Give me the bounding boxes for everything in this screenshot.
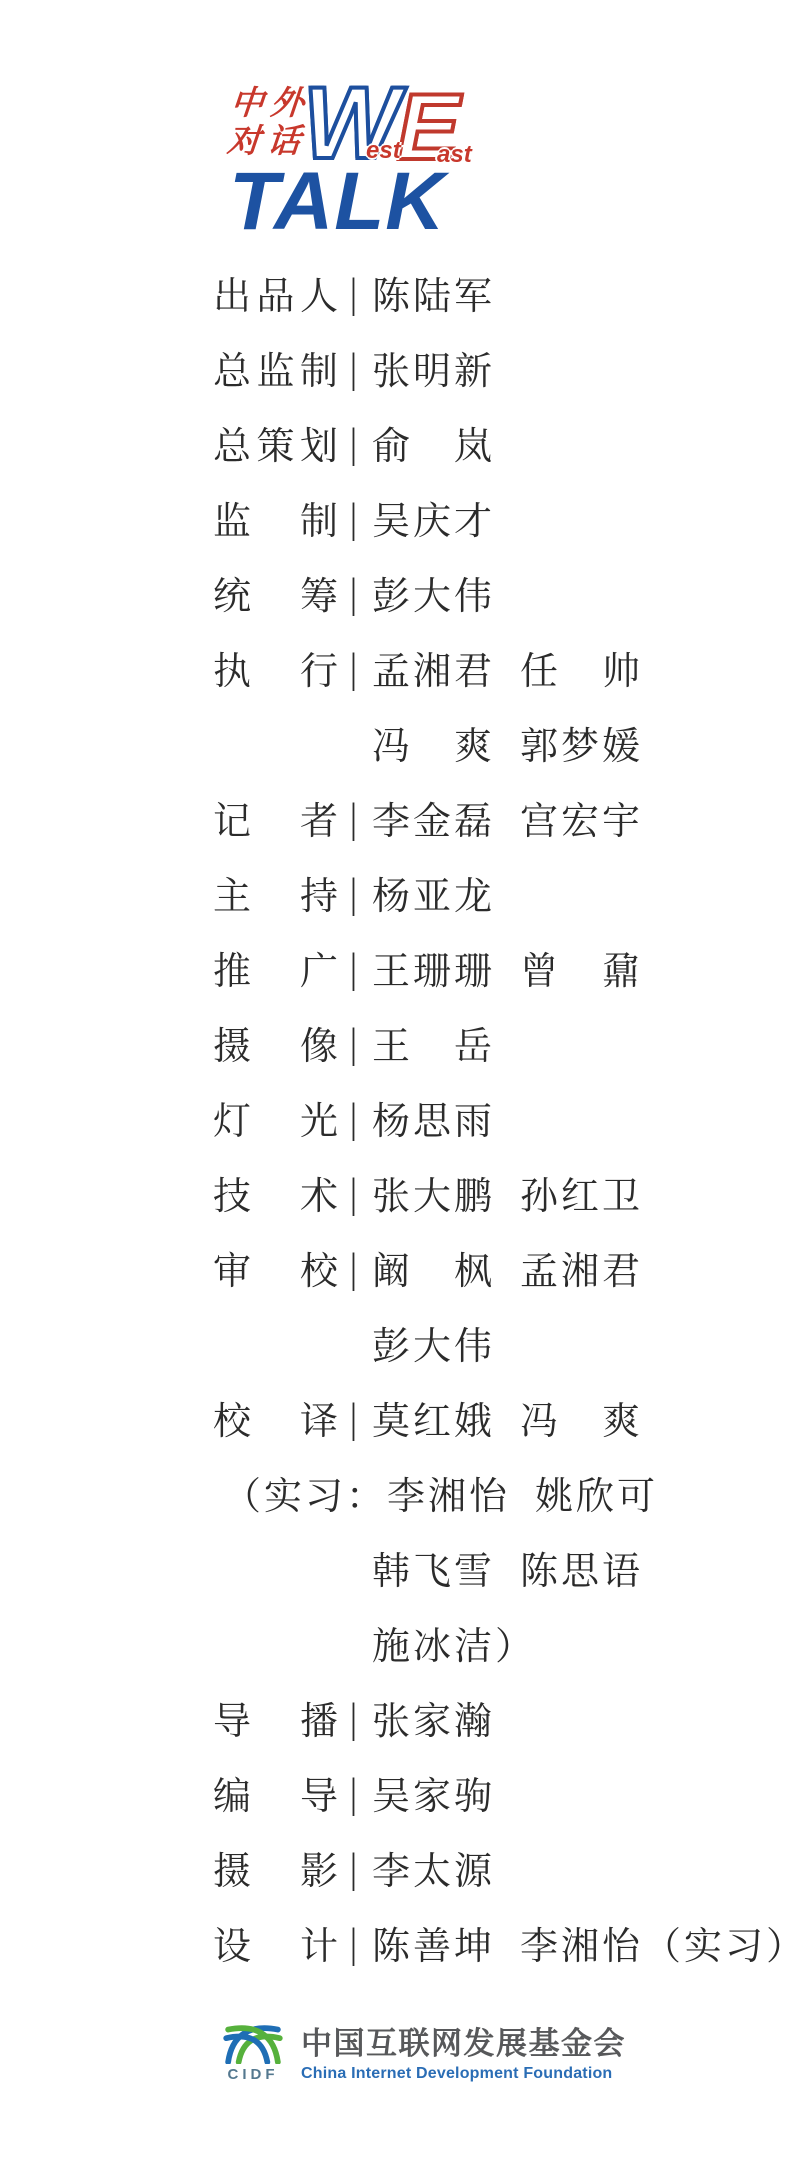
- logo-cn-line1: 中外: [229, 84, 312, 122]
- role-char: 译: [300, 1390, 338, 1445]
- credit-names: 王 岳: [372, 1015, 495, 1070]
- role-char: 影: [300, 1840, 338, 1895]
- role-char: 术: [300, 1165, 338, 1220]
- credit-row: 监制 | 吴庆才: [213, 480, 800, 555]
- role-char: 编: [213, 1765, 251, 1820]
- credit-row: 灯光 | 杨思雨: [213, 1080, 800, 1155]
- credit-row: 韩飞雪 陈思语: [213, 1530, 800, 1605]
- credit-role-label: 编导: [213, 1765, 338, 1820]
- credit-divider: |: [338, 868, 372, 918]
- credit-divider: |: [338, 1768, 372, 1818]
- credit-divider: |: [338, 1168, 372, 1218]
- credit-names: 杨思雨: [372, 1090, 495, 1145]
- credit-row: 出品人 | 陈陆军: [213, 255, 800, 330]
- credit-divider: |: [338, 793, 372, 843]
- credit-row: 设计 | 陈善坤 李湘怡（实习）: [213, 1905, 800, 1980]
- role-char: 总: [213, 415, 251, 470]
- show-logo: 中外 对话 W E est ast TALK: [0, 0, 800, 270]
- role-char: 持: [300, 865, 338, 920]
- credit-role-label: 记者: [213, 790, 338, 845]
- credit-names: 彭大伟: [372, 565, 495, 620]
- role-char: 记: [213, 790, 251, 845]
- credit-row: 总策划 | 俞 岚: [213, 405, 800, 480]
- credit-names: 李太源: [372, 1840, 495, 1895]
- credit-divider: |: [338, 493, 372, 543]
- credit-role-label: 统筹: [213, 565, 338, 620]
- logo-chinese-title: 中外 对话: [226, 84, 313, 160]
- role-char: 统: [213, 565, 251, 620]
- role-char: 出: [213, 265, 251, 320]
- logo-west-suffix: est: [366, 137, 401, 165]
- credit-divider: |: [338, 643, 372, 693]
- role-char: 摄: [213, 1015, 251, 1070]
- credit-divider: |: [338, 1843, 372, 1893]
- credit-row: 编导 | 吴家驹: [213, 1755, 800, 1830]
- credit-role-label: 审校: [213, 1240, 338, 1295]
- credit-names: 张大鹏 孙红卫: [372, 1165, 643, 1220]
- credit-names: 阚 枫 孟湘君: [372, 1240, 643, 1295]
- credit-divider: |: [338, 1243, 372, 1293]
- credit-names: 张家瀚: [372, 1690, 495, 1745]
- credit-role-label: 灯光: [213, 1090, 338, 1145]
- credit-role-label: 校译: [213, 1390, 338, 1445]
- credit-row: 记者 | 李金磊 宫宏宇: [213, 780, 800, 855]
- role-char: 策: [256, 415, 294, 470]
- credit-row: （实习：李湘怡 姚欣可: [213, 1455, 800, 1530]
- foundation-name-en: China Internet Development Foundation: [301, 2065, 626, 2083]
- foundation-names: 中国互联网发展基金会 China Internet Development Fo…: [301, 2020, 626, 2083]
- credit-role-label: 总策划: [213, 415, 338, 470]
- credit-row: 导播 | 张家瀚: [213, 1680, 800, 1755]
- credit-row: 总监制 | 张明新: [213, 330, 800, 405]
- credit-divider: |: [338, 418, 372, 468]
- role-char: 技: [213, 1165, 251, 1220]
- credit-divider: |: [338, 943, 372, 993]
- role-char: 校: [213, 1390, 251, 1445]
- credit-divider: |: [338, 568, 372, 618]
- credit-row: 摄影 | 李太源: [213, 1830, 800, 1905]
- role-char: 品: [256, 265, 294, 320]
- role-char: 播: [300, 1690, 338, 1745]
- credit-divider: |: [338, 1018, 372, 1068]
- foundation-name-cn: 中国互联网发展基金会: [301, 2027, 626, 2061]
- credits-list: 出品人 | 陈陆军 总监制 | 张明新 总策划 | 俞 岚 监制 | 吴庆才 统…: [213, 255, 800, 1980]
- credit-row: 审校 | 阚 枫 孟湘君: [213, 1230, 800, 1305]
- role-char: 校: [300, 1240, 338, 1295]
- credit-row: 彭大伟: [213, 1305, 800, 1380]
- credit-names: 韩飞雪 陈思语: [372, 1540, 643, 1595]
- role-char: 总: [213, 340, 251, 395]
- credit-divider: |: [338, 1693, 372, 1743]
- role-char: 筹: [300, 565, 338, 620]
- credit-row: 施冰洁）: [213, 1605, 800, 1680]
- credit-names: 俞 岚: [372, 415, 495, 470]
- credit-names: 孟湘君 任 帅: [372, 640, 643, 695]
- role-char: 人: [300, 265, 338, 320]
- credit-role-label: 摄像: [213, 1015, 338, 1070]
- cidf-abbreviation: CIDF: [228, 2066, 279, 2083]
- logo-east-suffix: ast: [437, 141, 472, 169]
- credit-role-label: 主持: [213, 865, 338, 920]
- credit-row: 校译 | 莫红娥 冯 爽: [213, 1380, 800, 1455]
- role-char: 监: [256, 340, 294, 395]
- role-char: 监: [213, 490, 251, 545]
- credit-role-label: 出品人: [213, 265, 338, 320]
- role-char: 广: [300, 940, 338, 995]
- role-char: 制: [300, 490, 338, 545]
- credit-role-label: 推广: [213, 940, 338, 995]
- credit-names: 杨亚龙: [372, 865, 495, 920]
- credit-row: 推广 | 王珊珊 曾 鼐: [213, 930, 800, 1005]
- credit-names: 彭大伟: [372, 1315, 495, 1370]
- role-char: 行: [300, 640, 338, 695]
- credit-names: 王珊珊 曾 鼐: [372, 940, 643, 995]
- cidf-mark: CIDF: [219, 2020, 287, 2083]
- logo-talk-wordmark: TALK: [229, 165, 446, 239]
- credit-divider: |: [338, 1093, 372, 1143]
- credit-role-label: 摄影: [213, 1840, 338, 1895]
- credit-names: 陈善坤 李湘怡（实习）: [372, 1915, 800, 1970]
- credit-role-label: 技术: [213, 1165, 338, 1220]
- role-char: 计: [300, 1915, 338, 1970]
- logo-cn-line2: 对话: [226, 122, 309, 160]
- credit-names: 莫红娥 冯 爽: [372, 1390, 643, 1445]
- credit-role-label: 执行: [213, 640, 338, 695]
- credit-row: 主持 | 杨亚龙: [213, 855, 800, 930]
- credit-role-label: 导播: [213, 1690, 338, 1745]
- role-char: 划: [300, 415, 338, 470]
- credit-divider: |: [338, 1918, 372, 1968]
- role-char: 主: [213, 865, 251, 920]
- credit-role-label: 总监制: [213, 340, 338, 395]
- role-char: 光: [300, 1090, 338, 1145]
- credit-row: 冯 爽 郭梦媛: [213, 705, 800, 780]
- role-char: 摄: [213, 1840, 251, 1895]
- credit-row: 执行 | 孟湘君 任 帅: [213, 630, 800, 705]
- credit-names: 陈陆军: [372, 265, 495, 320]
- credits-page: 中外 对话 W E est ast TALK 出品人 | 陈陆军 总监制 | 张…: [0, 0, 800, 2170]
- role-char: 者: [300, 790, 338, 845]
- role-char: 制: [300, 340, 338, 395]
- credit-row: 统筹 | 彭大伟: [213, 555, 800, 630]
- cidf-arch-icon: [221, 2020, 285, 2064]
- credit-role-label: 设计: [213, 1915, 338, 1970]
- credit-names: 李金磊 宫宏宇: [372, 790, 643, 845]
- credit-row: 技术 | 张大鹏 孙红卫: [213, 1155, 800, 1230]
- credit-names: 冯 爽 郭梦媛: [372, 715, 643, 770]
- credit-divider: |: [338, 343, 372, 393]
- credit-names: （实习：李湘怡 姚欣可: [213, 1465, 658, 1520]
- credit-names: 吴家驹: [372, 1765, 495, 1820]
- credit-row: 摄像 | 王 岳: [213, 1005, 800, 1080]
- role-char: 灯: [213, 1090, 251, 1145]
- credit-names: 吴庆才: [372, 490, 495, 545]
- foundation-footer: CIDF 中国互联网发展基金会 China Internet Developme…: [219, 2020, 626, 2083]
- credit-names: 张明新: [372, 340, 495, 395]
- role-char: 推: [213, 940, 251, 995]
- role-char: 导: [213, 1690, 251, 1745]
- role-char: 审: [213, 1240, 251, 1295]
- role-char: 导: [300, 1765, 338, 1820]
- role-char: 设: [213, 1915, 251, 1970]
- credit-divider: |: [338, 1393, 372, 1443]
- role-char: 执: [213, 640, 251, 695]
- credit-names: 施冰洁）: [372, 1615, 536, 1670]
- role-char: 像: [300, 1015, 338, 1070]
- credit-divider: |: [338, 268, 372, 318]
- credit-role-label: 监制: [213, 490, 338, 545]
